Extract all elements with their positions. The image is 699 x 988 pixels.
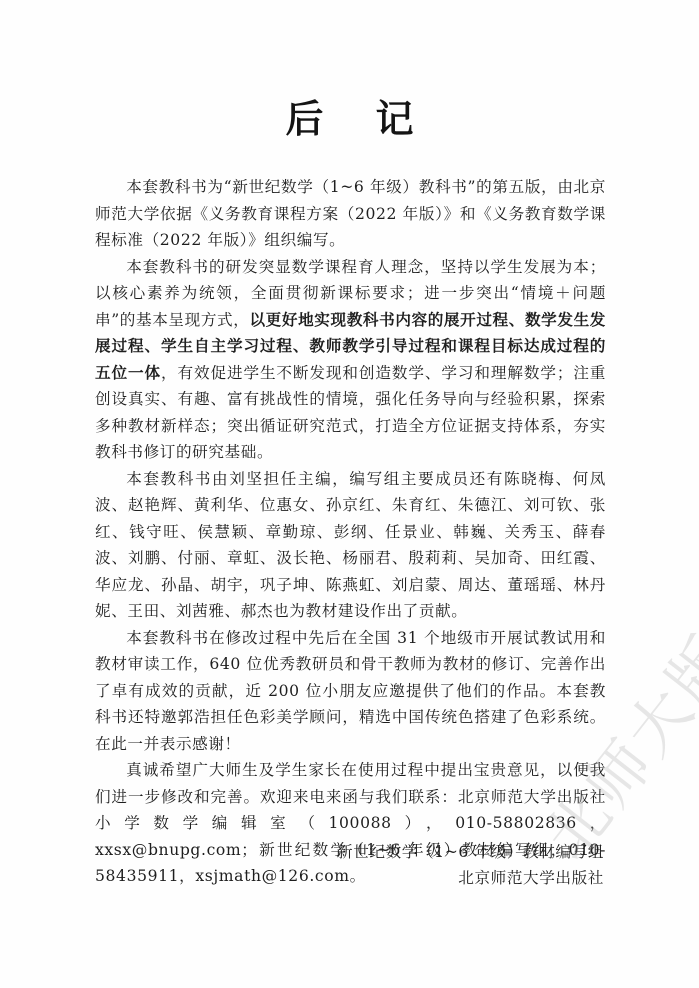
paragraph: 本套教科书为“新世纪数学（1~6 年级）教科书”的第五版，由北京师范大学依据《义… — [95, 174, 606, 254]
signature-publisher: 北京师范大学出版社 — [337, 865, 604, 891]
page-title: 后记 — [0, 88, 699, 143]
body-text: 本套教科书为“新世纪数学（1~6 年级）教科书”的第五版，由北京师范大学依据《义… — [95, 174, 606, 890]
paragraph: 本套教科书由刘坚担任主编，编写组主要成员还有陈晓梅、何凤波、赵艳辉、黄利华、位惠… — [95, 466, 606, 625]
paragraph-text: 本套教科书由刘坚担任主编，编写组主要成员还有陈晓梅、何凤波、赵艳辉、黄利华、位惠… — [95, 470, 606, 621]
signature-block: 新世纪数学（1~6 年级）教材编写组 北京师范大学出版社 — [337, 839, 604, 891]
paragraph-text: ，有效促进学生不断发现和创造数学、学习和理解数学；注重创设真实、有趣、富有挑战性… — [95, 364, 606, 462]
paragraph-text: 本套教科书为“新世纪数学（1~6 年级）教科书”的第五版，由北京师范大学依据《义… — [95, 178, 606, 249]
signature-editorial-group: 新世纪数学（1~6 年级）教材编写组 — [337, 839, 604, 865]
paragraph: 本套教科书在修改过程中先后在全国 31 个地级市开展试教试用和教材审读工作，64… — [95, 625, 606, 758]
paragraph-text: 本套教科书在修改过程中先后在全国 31 个地级市开展试教试用和教材审读工作，64… — [95, 629, 606, 753]
document-page: 后记 本套教科书为“新世纪数学（1~6 年级）教科书”的第五版，由北京师范大学依… — [0, 0, 699, 988]
paragraph: 本套教科书的研发突显数学课程育人理念，坚持以学生发展为本；以核心素养为统领，全面… — [95, 254, 606, 466]
